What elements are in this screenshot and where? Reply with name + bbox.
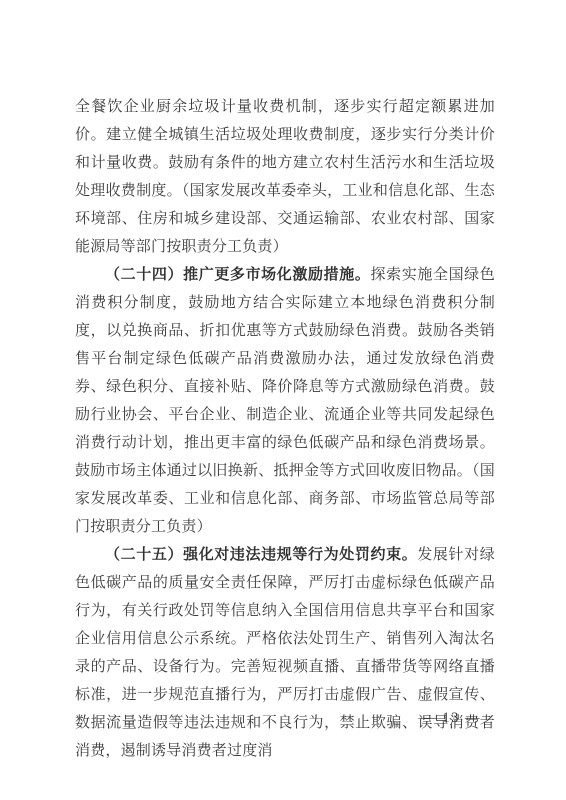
paragraph-heading-run: （二十五）强化对违法违规等行为处罚约束。 (105, 547, 417, 563)
document-page: 全餐饮企业厨余垃圾计量收费机制，逐步实行超定额累进加价。建立健全城镇生活垃圾处理… (0, 0, 566, 800)
paragraph-3: （二十五）强化对违法违规等行为处罚约束。发展针对绿色低碳产品的质量安全责任保障，… (75, 541, 495, 765)
paragraph-heading-run: （二十四）推广更多市场化激励措施。 (105, 267, 370, 283)
paragraph-text-run: 探索实施全国绿色消费积分制度，鼓励地方结合实际建立本地绿色消费积分制度，以兑换商… (75, 267, 495, 535)
paragraph-1: 全餐饮企业厨余垃圾计量收费机制，逐步实行超定额累进加价。建立健全城镇生活垃圾处理… (75, 93, 495, 261)
page-number: — 13 — (421, 710, 481, 727)
paragraph-text-run: 全餐饮企业厨余垃圾计量收费机制，逐步实行超定额累进加价。建立健全城镇生活垃圾处理… (75, 99, 495, 255)
paragraph-text-run: 发展针对绿色低碳产品的质量安全责任保障，严厉打击虚标绿色低碳产品行为，有关行政处… (75, 547, 495, 759)
document-body: 全餐饮企业厨余垃圾计量收费机制，逐步实行超定额累进加价。建立健全城镇生活垃圾处理… (75, 93, 495, 765)
paragraph-2: （二十四）推广更多市场化激励措施。探索实施全国绿色消费积分制度，鼓励地方结合实际… (75, 261, 495, 541)
